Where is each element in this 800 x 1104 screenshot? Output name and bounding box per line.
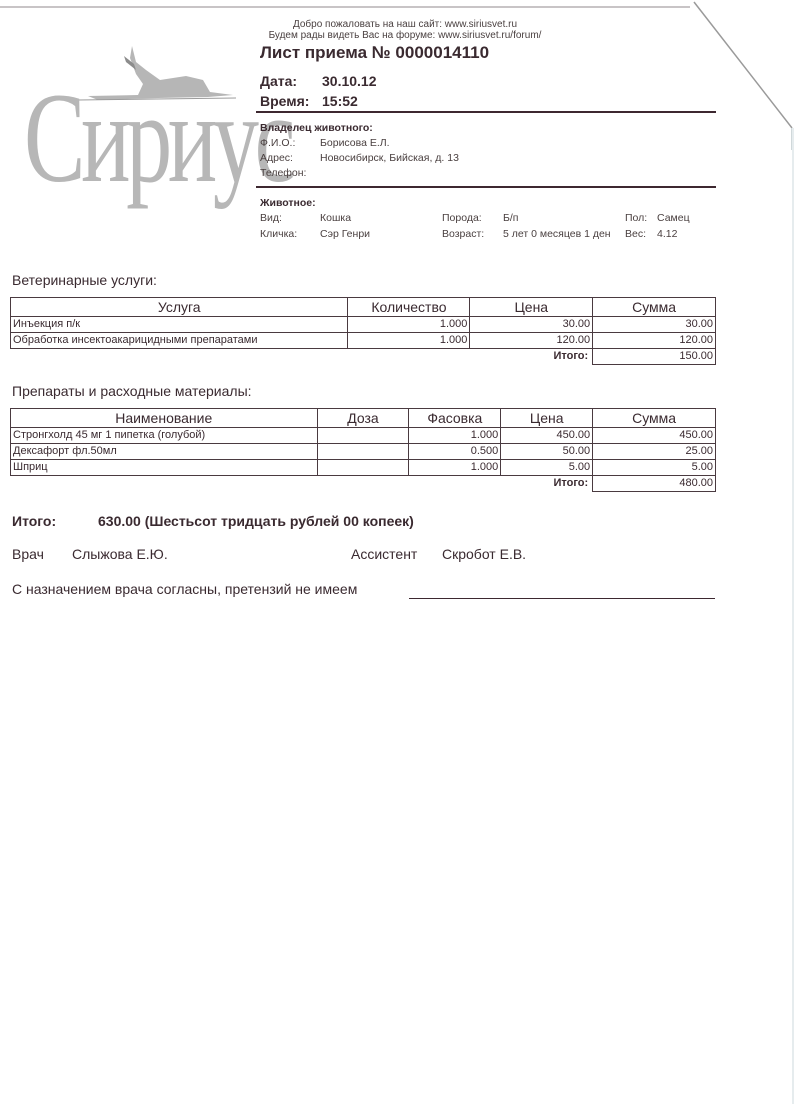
assistant-value: Скробот Е.В.	[442, 546, 526, 562]
service-price: 30.00	[470, 317, 593, 333]
column-header: Сумма	[593, 409, 716, 428]
table-row: Дексафорт фл.50мл 0.500 50.00 25.00	[11, 444, 716, 460]
age-value: 5 лет 0 месяцев 1 ден	[503, 228, 611, 240]
table-row: Обработка инсектоакарицидными препаратам…	[11, 333, 716, 349]
breed-label: Порода:	[442, 212, 482, 224]
signature-line	[409, 598, 715, 599]
column-header: Цена	[470, 298, 593, 317]
time-row: Время:15:52	[260, 93, 358, 109]
drug-pack: 1.000	[409, 428, 501, 444]
service-name: Инъекция п/к	[11, 317, 348, 333]
welcome-forum-line: Будем рады видеть Вас на форуме: www.sir…	[240, 30, 570, 41]
service-sum: 120.00	[593, 333, 716, 349]
owner-address-value: Новосибирск, Бийская, д. 13	[320, 152, 459, 164]
services-heading: Ветеринарные услуги:	[12, 272, 157, 288]
breed-value: Б/п	[503, 212, 519, 224]
divider	[256, 186, 716, 188]
drugs-total-value: 480.00	[593, 476, 716, 492]
species-label: Вид:	[260, 212, 282, 224]
drug-sum: 25.00	[593, 444, 716, 460]
drug-price: 5.00	[501, 460, 593, 476]
grand-total-label: Итого:	[12, 513, 98, 529]
service-price: 120.00	[470, 333, 593, 349]
nickname-label: Кличка:	[260, 228, 297, 240]
drugs-heading: Препараты и расходные материалы:	[12, 383, 252, 399]
owner-name-label: Ф.И.О.:	[260, 137, 295, 149]
drug-dose	[317, 460, 409, 476]
sex-label: Пол:	[625, 212, 647, 224]
owner-section-title: Владелец животного:	[260, 122, 373, 134]
column-header: Сумма	[593, 298, 716, 317]
column-header: Доза	[317, 409, 409, 428]
time-label: Время:	[260, 93, 322, 109]
sex-value: Самец	[657, 212, 690, 224]
date-label: Дата:	[260, 73, 322, 89]
service-qty: 1.000	[348, 333, 470, 349]
service-name: Обработка инсектоакарицидными препаратам…	[11, 333, 348, 349]
drug-price: 450.00	[501, 428, 593, 444]
table-row: Инъекция п/к 1.000 30.00 30.00	[11, 317, 716, 333]
nickname-value: Сэр Генри	[320, 228, 370, 240]
date-value: 30.10.12	[322, 73, 377, 89]
owner-address-label: Адрес:	[260, 152, 293, 164]
species-value: Кошка	[320, 212, 351, 224]
services-total-label: Итого:	[470, 349, 593, 365]
weight-label: Вес:	[625, 228, 646, 240]
drug-sum: 450.00	[593, 428, 716, 444]
column-header: Услуга	[11, 298, 348, 317]
services-total-value: 150.00	[593, 349, 716, 365]
folded-corner	[680, 0, 800, 150]
page-title: Лист приема № 0000014110	[260, 43, 489, 63]
services-total-row: Итого: 150.00	[11, 349, 716, 365]
owner-phone-label: Телефон:	[260, 167, 306, 179]
drugs-total-label: Итого:	[501, 476, 593, 492]
owner-name-value: Борисова Е.Л.	[320, 137, 390, 149]
drug-pack: 0.500	[409, 444, 501, 460]
table-header-row: Наименование Доза Фасовка Цена Сумма	[11, 409, 716, 428]
services-table: Услуга Количество Цена Сумма Инъекция п/…	[10, 297, 716, 365]
grand-total: Итого:630.00 (Шестьсот тридцать рублей 0…	[12, 513, 414, 529]
table-row: Шприц 1.000 5.00 5.00	[11, 460, 716, 476]
drug-name: Шприц	[11, 460, 318, 476]
doctor-value: Слыжова Е.Ю.	[72, 546, 168, 562]
animal-section-title: Животное:	[260, 197, 316, 209]
assistant-label: Ассистент	[351, 546, 417, 562]
drug-name: Дексафорт фл.50мл	[11, 444, 318, 460]
column-header: Количество	[348, 298, 470, 317]
logo-text: Сириус	[24, 74, 291, 202]
date-row: Дата:30.10.12	[260, 73, 377, 89]
drug-dose	[317, 428, 409, 444]
drug-dose	[317, 444, 409, 460]
drug-sum: 5.00	[593, 460, 716, 476]
table-header-row: Услуга Количество Цена Сумма	[11, 298, 716, 317]
time-value: 15:52	[322, 93, 358, 109]
drugs-total-row: Итого: 480.00	[11, 476, 716, 492]
age-label: Возраст:	[442, 228, 484, 240]
drug-pack: 1.000	[409, 460, 501, 476]
drug-price: 50.00	[501, 444, 593, 460]
service-sum: 30.00	[593, 317, 716, 333]
service-qty: 1.000	[348, 317, 470, 333]
column-header: Цена	[501, 409, 593, 428]
paper-right-edge	[792, 128, 794, 1104]
doctor-label: Врач	[12, 546, 44, 562]
drug-name: Стронгхолд 45 мг 1 пипетка (голубой)	[11, 428, 318, 444]
welcome-site-line: Добро пожаловать на наш сайт: www.sirius…	[240, 19, 570, 30]
paper-top-edge	[0, 6, 690, 8]
column-header: Фасовка	[409, 409, 501, 428]
consent-text: С назначением врача согласны, претензий …	[12, 581, 357, 597]
grand-total-value: 630.00 (Шестьсот тридцать рублей 00 копе…	[98, 513, 414, 529]
weight-value: 4.12	[657, 228, 677, 240]
column-header: Наименование	[11, 409, 318, 428]
drugs-table: Наименование Доза Фасовка Цена Сумма Стр…	[10, 408, 716, 492]
divider	[256, 111, 716, 113]
clinic-logo: Сириус	[18, 40, 248, 240]
table-row: Стронгхолд 45 мг 1 пипетка (голубой) 1.0…	[11, 428, 716, 444]
